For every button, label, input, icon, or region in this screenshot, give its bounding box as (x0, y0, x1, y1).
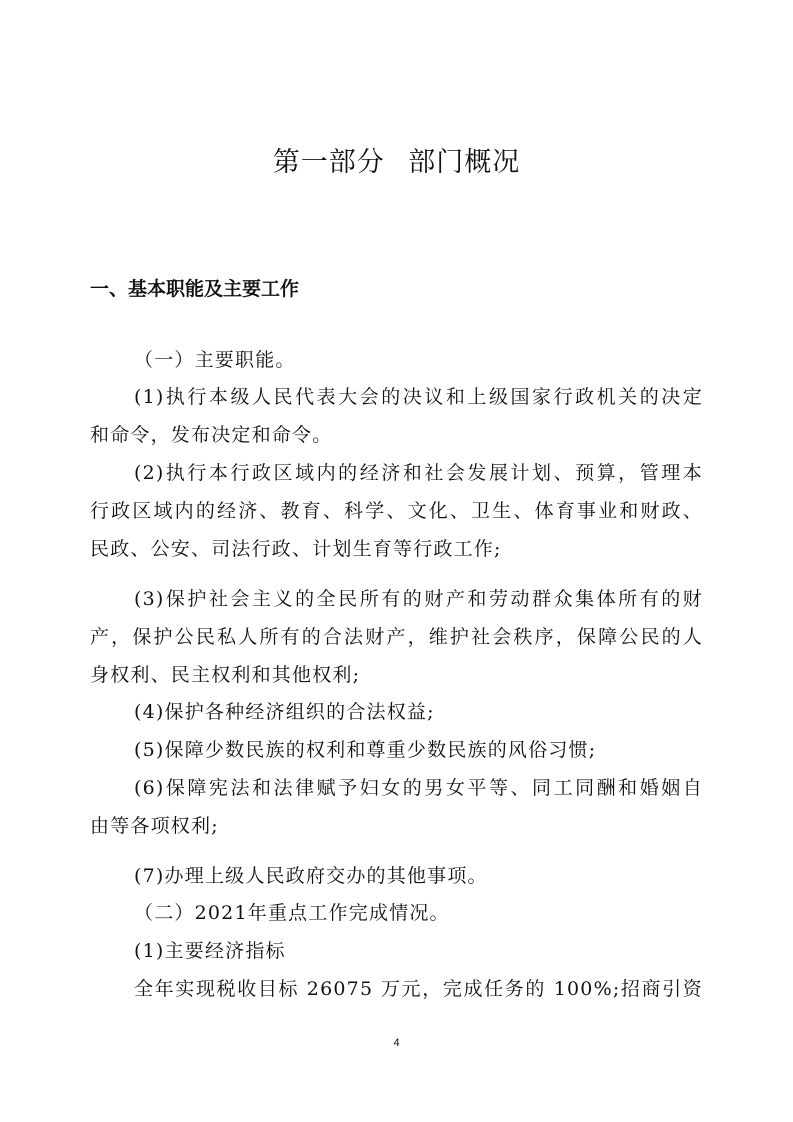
page-number: 4 (0, 1037, 793, 1049)
paragraph-line: (2)执行本行政区域内的经济和社会发展计划、预算，管理本 (134, 458, 703, 485)
paragraph-line: 身权利、民主权利和其他权利; (90, 660, 360, 687)
paragraph-line: 行政区域内的经济、教育、科学、文化、卫生、体育事业和财政、 (90, 496, 703, 523)
paragraph-line: (3)保护社会主义的全民所有的财产和劳动群众集体所有的财 (134, 584, 703, 611)
paragraph-line: 全年实现税收目标 26075 万元，完成任务的 100%;招商引资 (134, 974, 703, 1001)
item-heading-economic-indicators: (1)主要经济指标 (134, 936, 286, 963)
paragraph-line: (5)保障少数民族的权利和尊重少数民族的风俗习惯; (134, 735, 596, 762)
paragraph-line: (7)办理上级人民政府交办的其他事项。 (134, 861, 488, 888)
part-title: 第一部分 部门概况 (0, 140, 793, 179)
paragraph-line: 产，保护公民私人所有的合法财产，维护社会秩序，保障公民的人 (90, 622, 703, 649)
paragraph-line: (1)执行本级人民代表大会的决议和上级国家行政机关的决定 (134, 382, 703, 409)
paragraph-line: 民政、公安、司法行政、计划生育等行政工作; (90, 534, 502, 561)
paragraph-line: (4)保护各种经济组织的合法权益; (134, 697, 435, 724)
subsection-heading-2021-work: （二）2021年重点工作完成情况。 (134, 898, 450, 925)
paragraph-line: 由等各项权利; (90, 811, 219, 838)
paragraph-line: (6)保障宪法和法律赋予妇女的男女平等、同工同酬和婚姻自 (134, 773, 703, 800)
paragraph-line: 和命令，发布决定和命令。 (90, 420, 332, 447)
subsection-heading-functions: （一）主要职能。 (134, 345, 296, 372)
section-heading: 一、基本职能及主要工作 (90, 274, 299, 301)
